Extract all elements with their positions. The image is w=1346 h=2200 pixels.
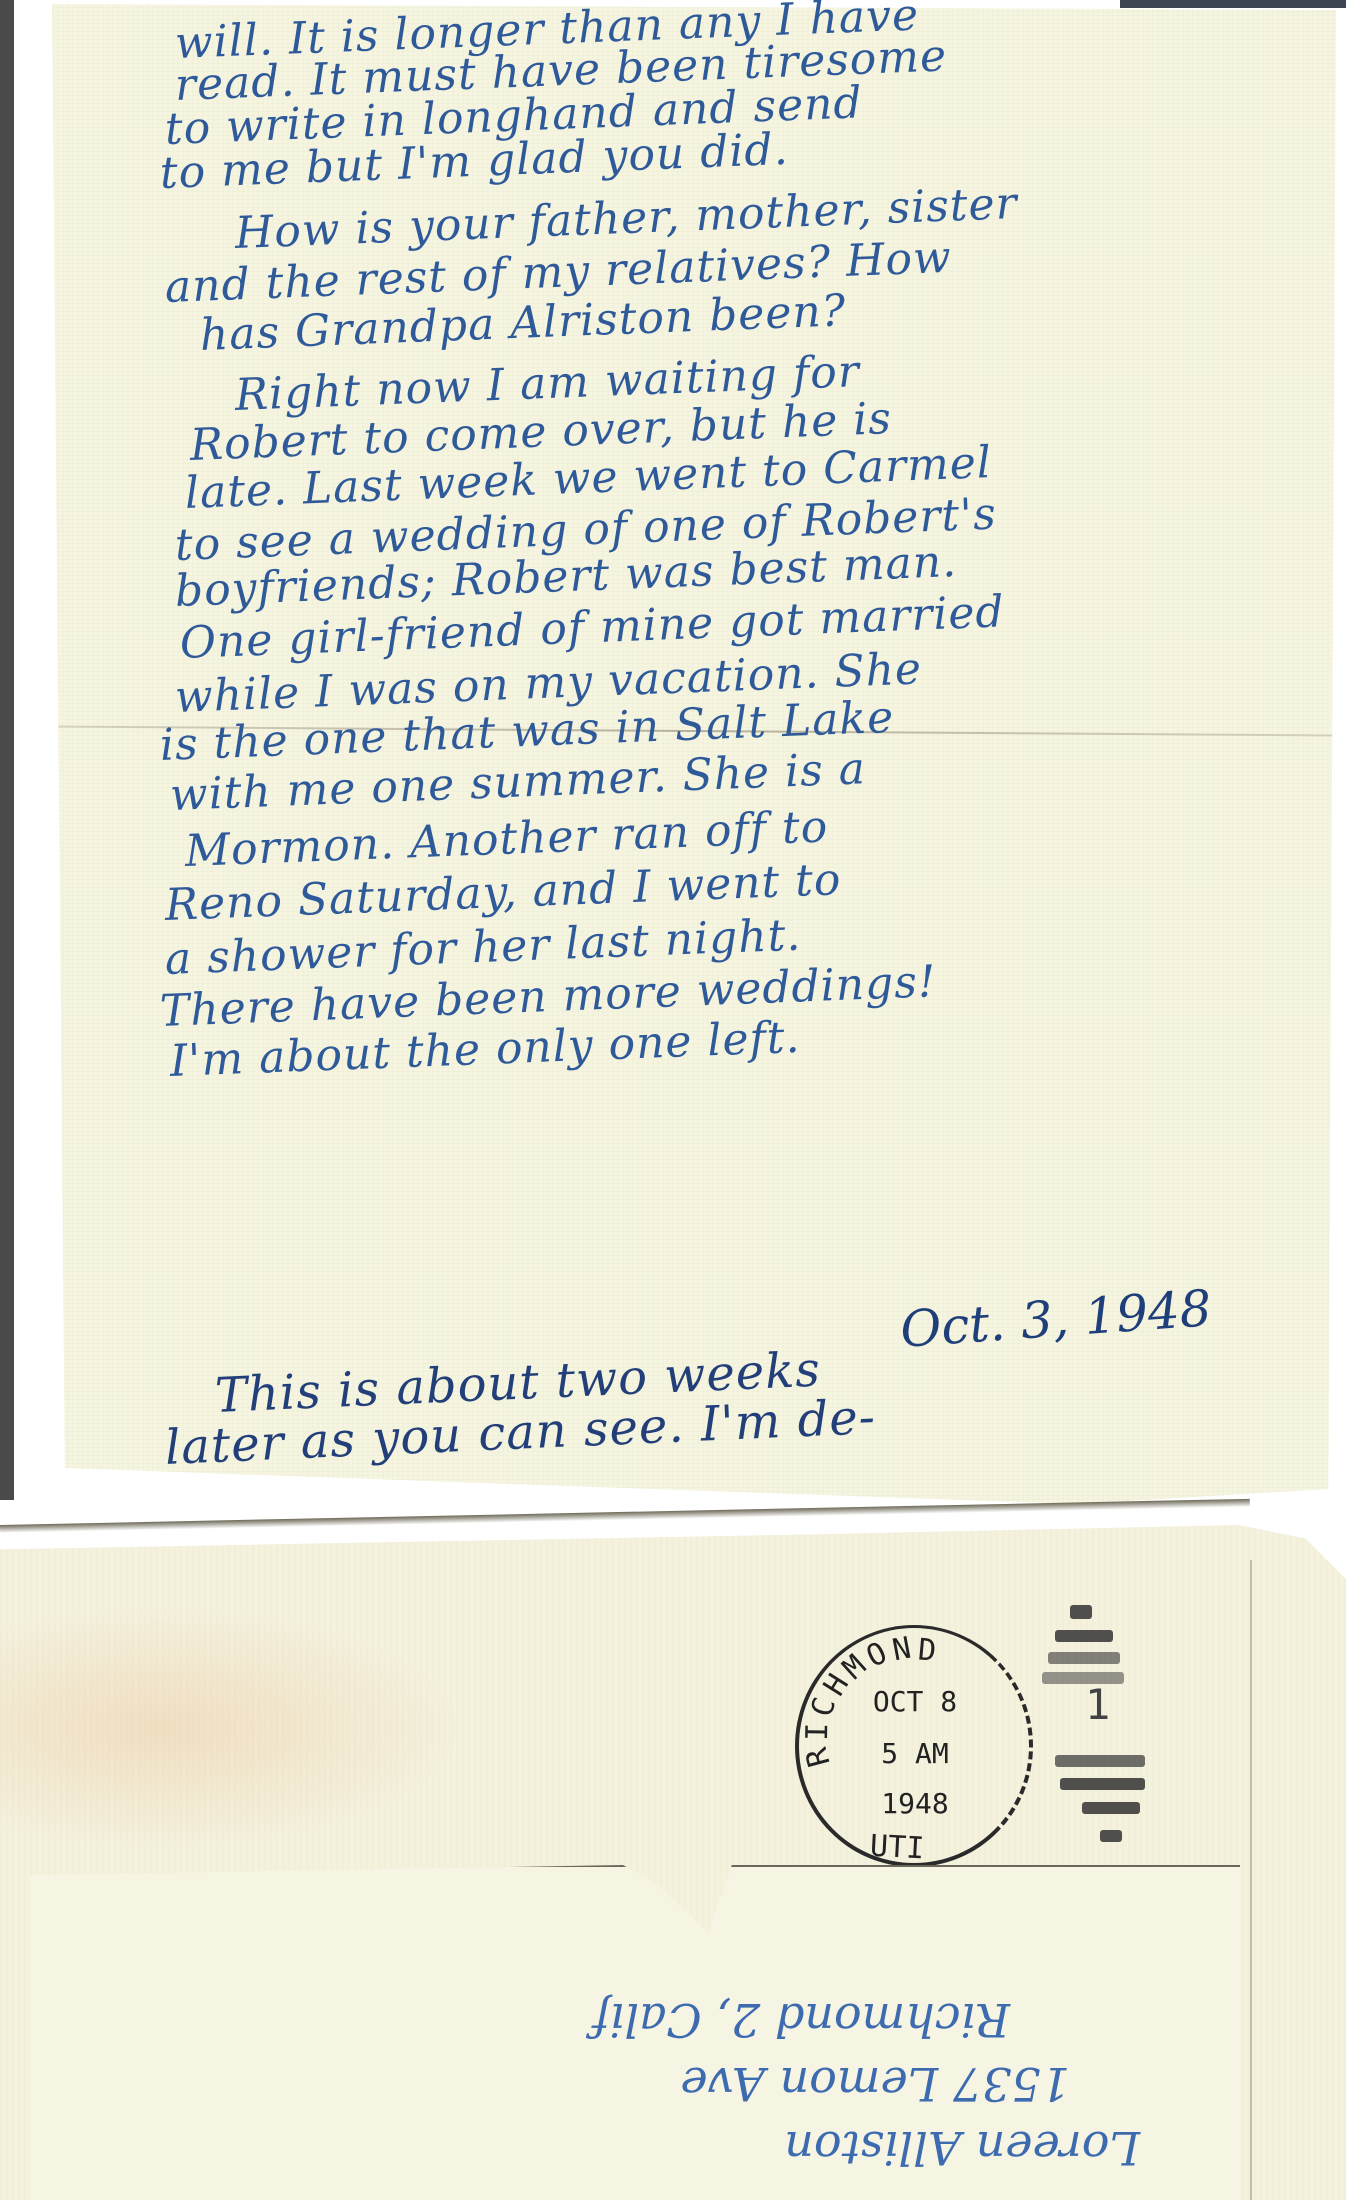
return-address-city: Richmond 2, Calif [400,1988,1160,2052]
postmark-year: 1948 [860,1787,970,1820]
return-address-name: Loreen Alliston [400,2116,1160,2180]
postmark-date: OCT 8 [860,1685,970,1718]
cancellation-number: 1 [1085,1680,1110,1729]
return-address: Loreen Alliston 1537 Lemon Ave Richmond … [400,1940,1160,2180]
scan-edge [0,0,14,1500]
scan-shadow [1120,0,1346,8]
envelope-torn-edge [0,1499,1250,1533]
postmark-state: UTI [869,1829,925,1867]
envelope-seam [1250,1560,1252,2200]
postmark-time: 5 AM [860,1737,970,1770]
return-address-street: 1537 Lemon Ave [400,2052,1160,2116]
